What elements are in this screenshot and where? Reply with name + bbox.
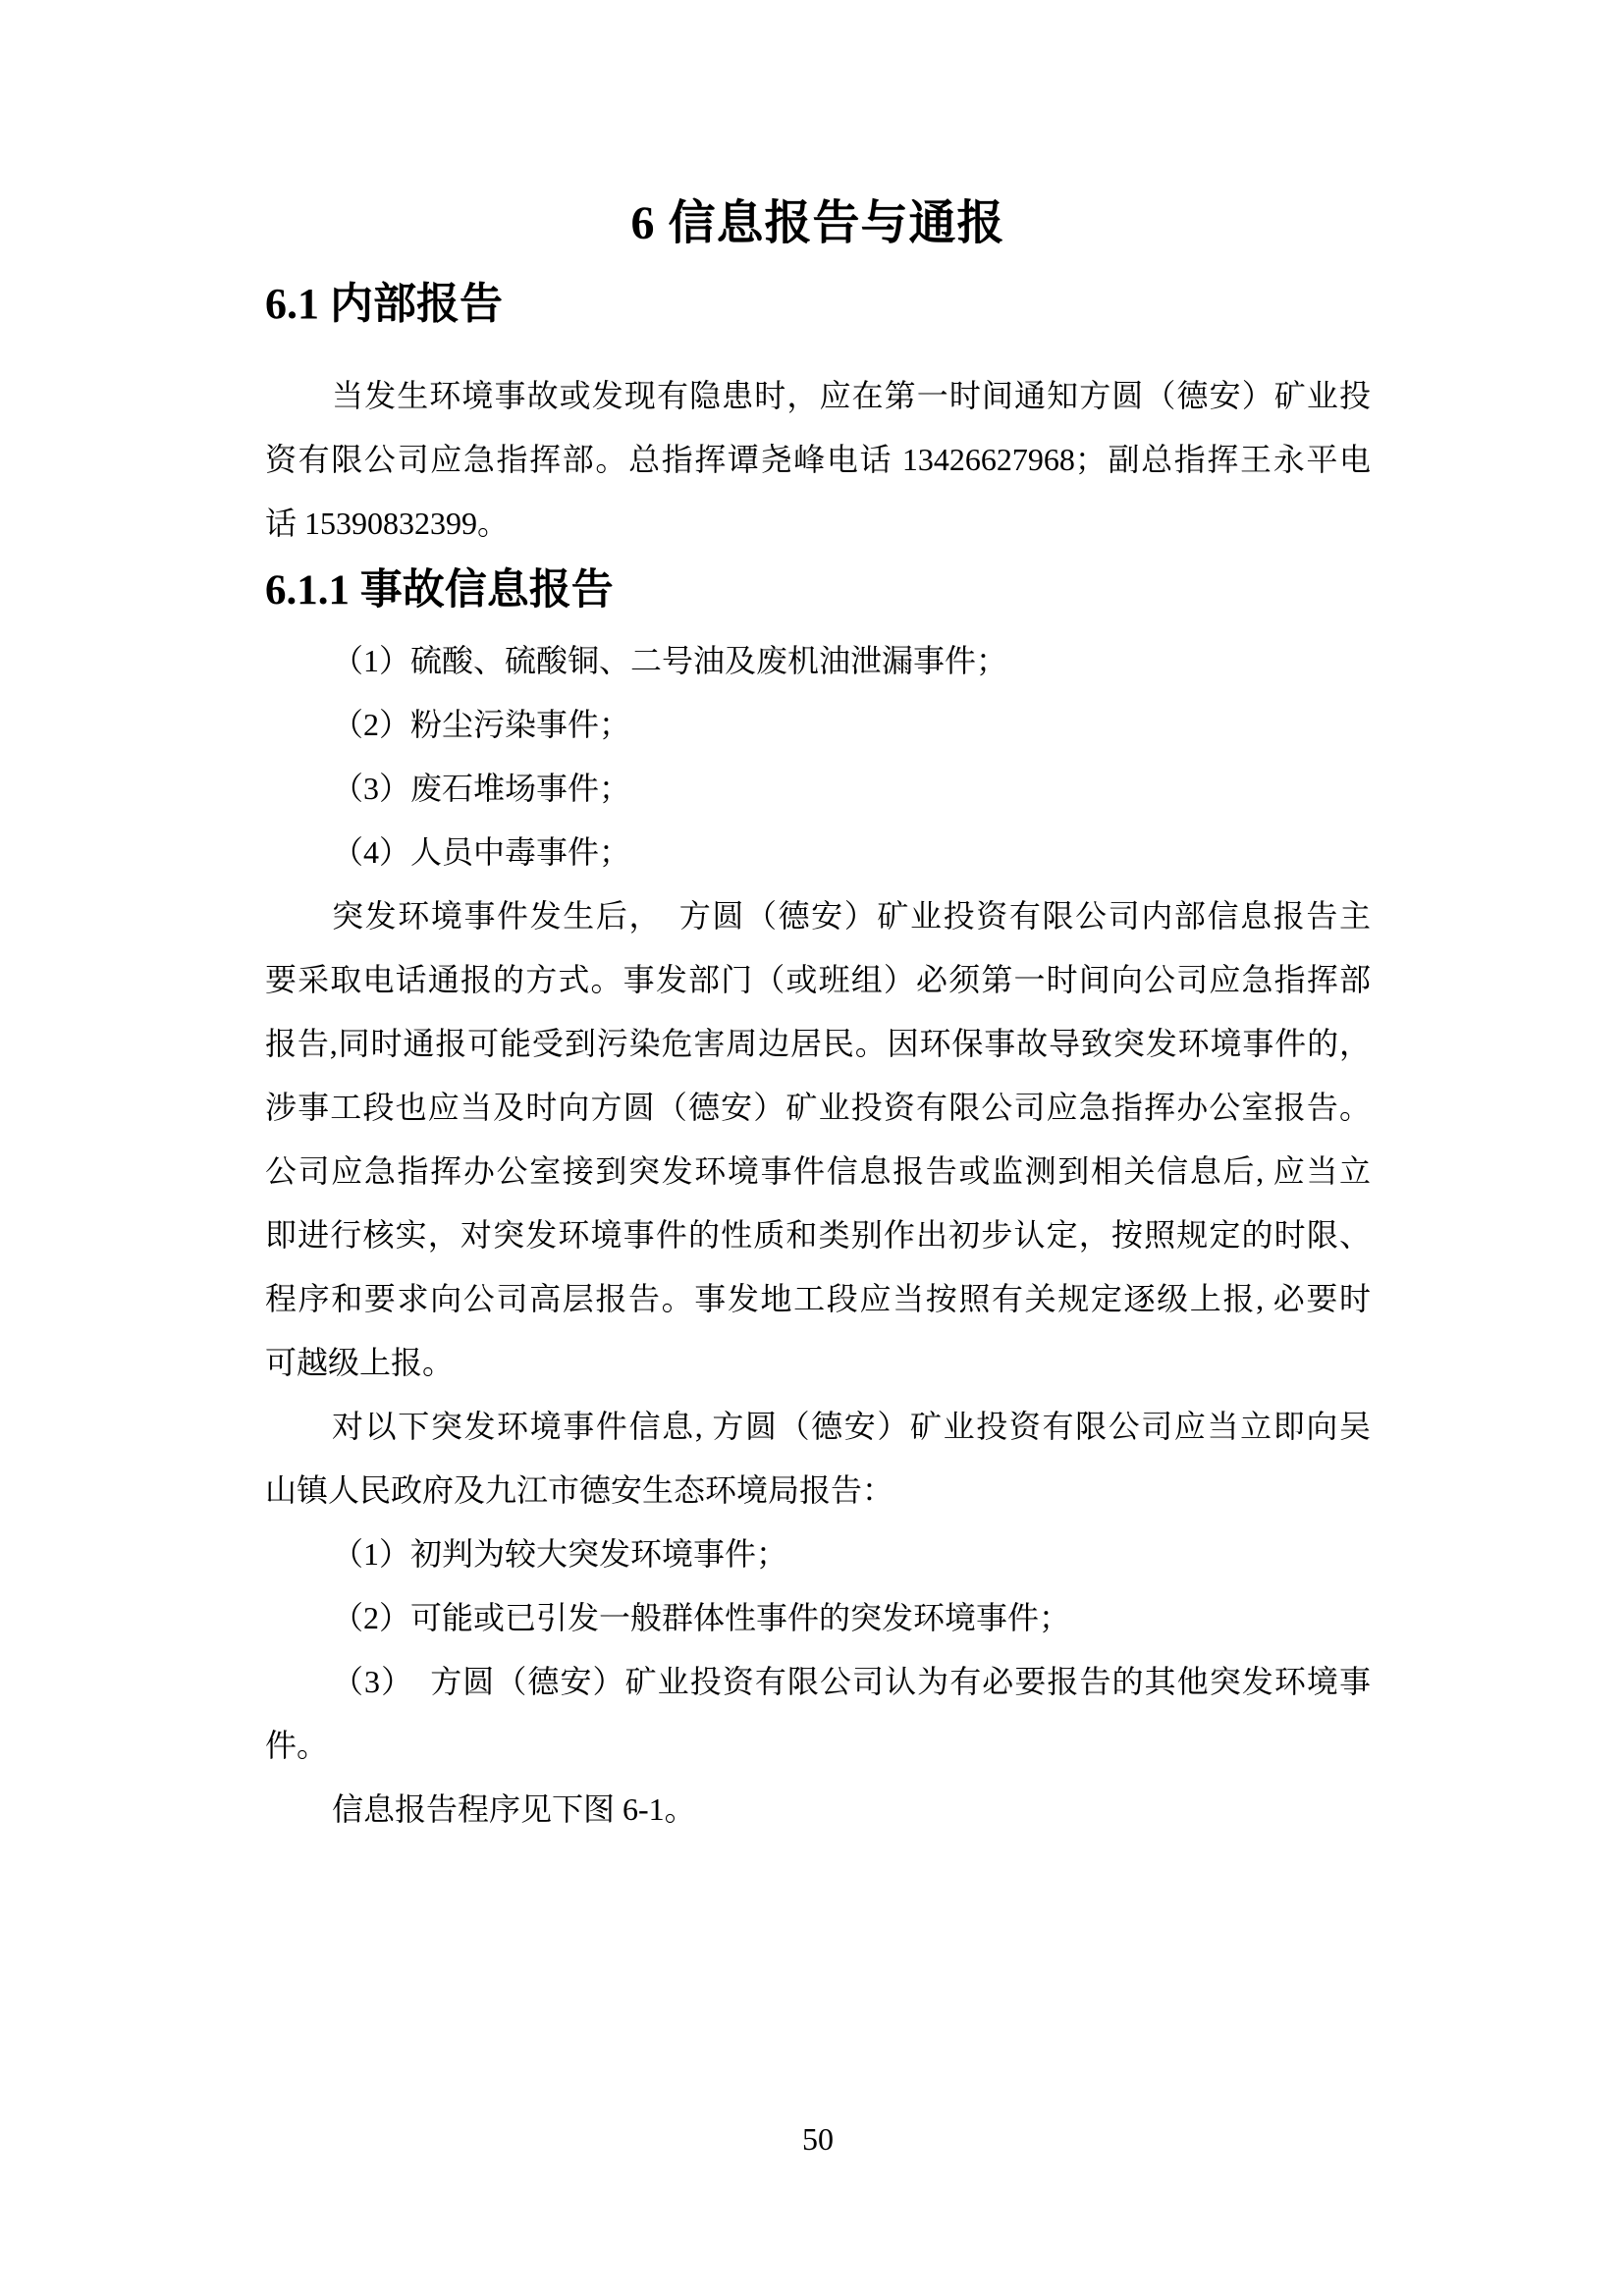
text-line: 程序和要求向公司高层报告。事发地工段应当按照有关规定逐级上报, 必要时 [265, 1267, 1371, 1331]
paragraph-figure-reference: 信息报告程序见下图 6-1。 [265, 1778, 1371, 1842]
text-line: 报告,同时通报可能受到污染危害周边居民。因环保事故导致突发环境事件的， [265, 1012, 1371, 1076]
text-line: 信息报告程序见下图 6-1。 [265, 1778, 1371, 1842]
text-line: 可越级上报。 [265, 1331, 1371, 1395]
text-line: 山镇人民政府及九江市德安生态环境局报告： [265, 1459, 1371, 1522]
paragraph-external-report: 对以下突发环境事件信息, 方圆（德安）矿业投资有限公司应当立即向吴 山镇人民政府… [265, 1395, 1371, 1522]
paragraph-internal-report: 当发生环境事故或发现有隐患时，应在第一时间通知方圆（德安）矿业投 资有限公司应急… [265, 364, 1371, 556]
list-item: （4）人员中毒事件； [265, 821, 1371, 884]
text-line: 要采取电话通报的方式。事发部门（或班组）必须第一时间向公司应急指挥部 [265, 948, 1371, 1012]
section-6-1-heading: 6.1 内部报告 [265, 282, 1371, 327]
paragraph-reporting-procedure: 突发环境事件发生后， 方圆（德安）矿业投资有限公司内部信息报告主 要采取电话通报… [265, 884, 1371, 1395]
list-item: （2）可能或已引发一般群体性事件的突发环境事件； [265, 1586, 1371, 1650]
text-line: 突发环境事件发生后， 方圆（德安）矿业投资有限公司内部信息报告主 [265, 884, 1371, 948]
text-line: 对以下突发环境事件信息, 方圆（德安）矿业投资有限公司应当立即向吴 [265, 1395, 1371, 1459]
page-footer: 50 [265, 2120, 1371, 2158]
text-line: 公司应急指挥办公室接到突发环境事件信息报告或监测到相关信息后, 应当立 [265, 1140, 1371, 1203]
document-page: 6 信息报告与通报 6.1 内部报告 当发生环境事故或发现有隐患时，应在第一时间… [0, 0, 1624, 2296]
page-number: 50 [802, 2121, 834, 2157]
text-line: 资有限公司应急指挥部。总指挥谭尧峰电话 13426627968；副总指挥王永平电 [265, 428, 1371, 492]
list-item-continuation: 件。 [265, 1714, 1371, 1778]
text-line: 当发生环境事故或发现有隐患时，应在第一时间通知方圆（德安）矿业投 [265, 364, 1371, 428]
chapter-title: 6 信息报告与通报 [265, 199, 1371, 248]
text-line: 即进行核实，对突发环境事件的性质和类别作出初步认定，按照规定的时限、 [265, 1203, 1371, 1267]
text-line: 话 15390832399。 [265, 492, 1371, 556]
list-item: （1）硫酸、硫酸铜、二号油及废机油泄漏事件； [265, 629, 1371, 693]
list-item: （3）废石堆场事件； [265, 757, 1371, 821]
section-6-1-1-heading: 6.1.1 事故信息报告 [265, 569, 1371, 613]
list-item: （3） 方圆（德安）矿业投资有限公司认为有必要报告的其他突发环境事 [265, 1650, 1371, 1714]
accident-events-list: （1）硫酸、硫酸铜、二号油及废机油泄漏事件； （2）粉尘污染事件； （3）废石堆… [265, 629, 1371, 884]
report-events-list: （1）初判为较大突发环境事件； （2）可能或已引发一般群体性事件的突发环境事件；… [265, 1522, 1371, 1778]
text-line: 涉事工段也应当及时向方圆（德安）矿业投资有限公司应急指挥办公室报告。 [265, 1076, 1371, 1140]
list-item: （2）粉尘污染事件； [265, 693, 1371, 757]
page-content: 6 信息报告与通报 6.1 内部报告 当发生环境事故或发现有隐患时，应在第一时间… [265, 0, 1371, 1842]
list-item: （1）初判为较大突发环境事件； [265, 1522, 1371, 1586]
